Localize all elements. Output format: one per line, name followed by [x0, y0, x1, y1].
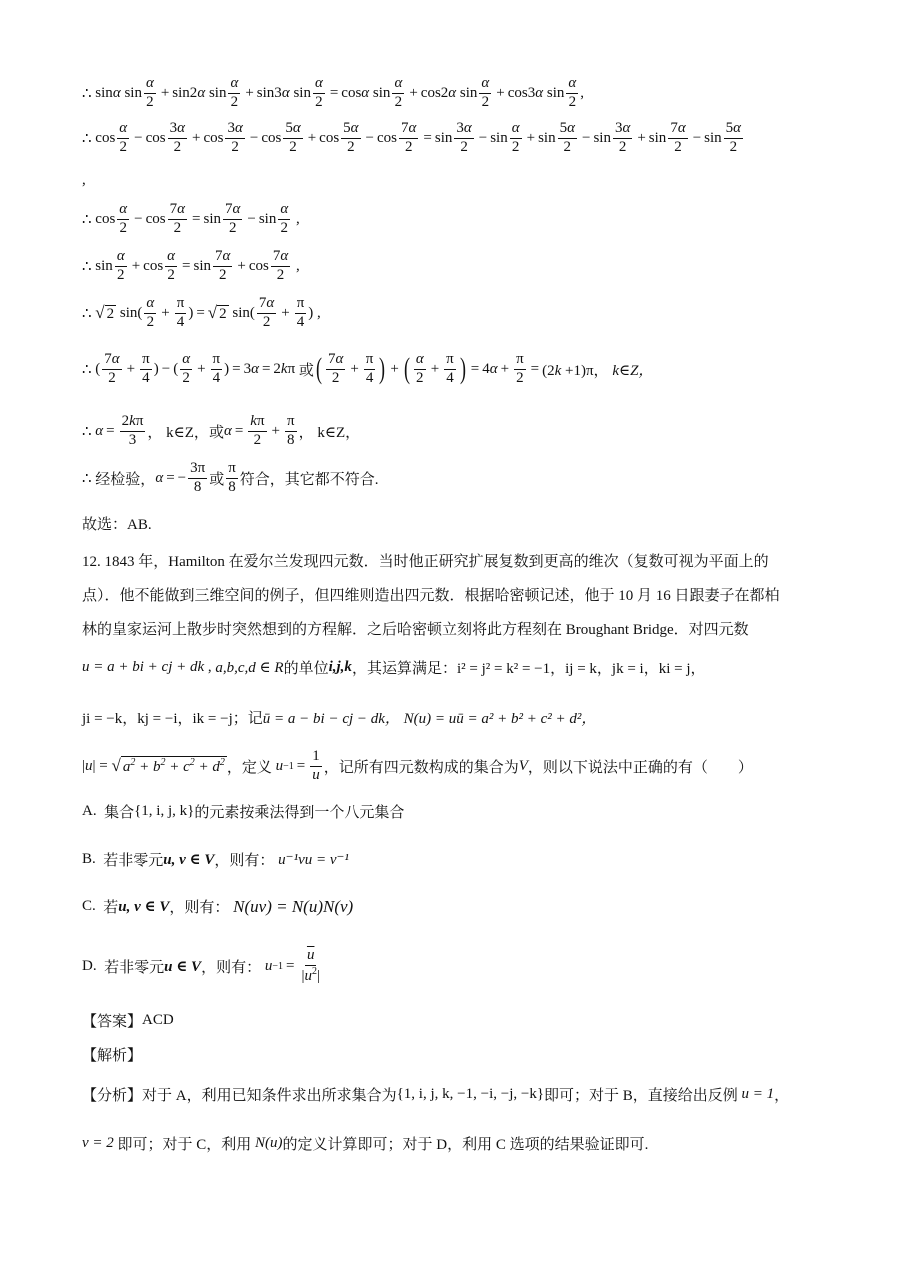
solution-line-4: ∴ sinα2+ cosα2= sin7α2+ cos7α2 ,: [82, 249, 300, 284]
option-text: 若非零元: [104, 956, 164, 977]
solution-line-3: ∴ cosα2− cos7α2= sin7α2− sinα2 ,: [82, 202, 300, 237]
q12-intro-text: 点）．他不能做到三维空间的例子，但四维则造出四元数．根据哈密顿记述，他于 10 …: [82, 584, 780, 605]
therefore-symbol: ∴: [82, 422, 92, 441]
breakdown-label: 【分析】: [82, 1084, 142, 1105]
solution-line-2: ∴ cosα2− cos3α2+ cos3α2− cos5α2+ cos5α2−…: [82, 121, 745, 156]
q12-definition-line-2: ji = −k，kj = −i，ik = −j； 记 ū = a − bi − …: [82, 707, 596, 728]
q12-definition-line-3: |u| = √a2 + b2 + c2 + d2 ，定义 u−1= 1u ，记所…: [82, 749, 753, 784]
solution-line-8: ∴ 经检验， α=− 3π8 或 π8 符合，其它都不符合.: [82, 461, 379, 496]
rules-label: ，其运算满足：: [352, 657, 457, 678]
option-b: B. 若非零元 u, v ∈ V ，则有： u⁻¹vu = v⁻¹: [82, 849, 349, 870]
counterexample-v: v = 2: [82, 1135, 114, 1152]
or-word: 或: [209, 468, 224, 489]
k-in-z: k∈Z，: [317, 421, 360, 442]
norm-function: N(u): [255, 1135, 283, 1152]
breakdown-text: 对于 A，利用已知条件求出所求集合为: [142, 1084, 397, 1105]
option-result: N(uv) = N(u)N(v): [233, 897, 353, 917]
breakdown-text: 即可；对于 C，利用: [118, 1133, 252, 1154]
therefore-symbol: ∴: [82, 257, 92, 276]
conjugate-label: 记: [248, 707, 263, 728]
option-expression: u, v ∈ V: [163, 850, 214, 869]
unit-symbols: i,j,k: [329, 659, 352, 676]
answer-value: ACD: [142, 1012, 174, 1029]
therefore-symbol: ∴: [82, 304, 92, 323]
or-word: 或: [209, 421, 224, 442]
option-d: D. 若非零元 u ∈ V ，则有： u−1= u|u2|: [82, 948, 324, 985]
option-label: C.: [82, 898, 96, 915]
multiplication-rules-2: ji = −k，kj = −i，ik = −j；: [82, 707, 248, 728]
inverse-label: ，定义: [227, 756, 272, 777]
therefore-symbol: ∴: [82, 360, 92, 379]
option-label: B.: [82, 851, 96, 868]
q12-intro-text: 林的皇家运河上散步时突然想到的方程解．之后哈密顿立刻将此方程刻在 Brougha…: [82, 618, 749, 639]
answer-label: 【答案】: [82, 1010, 142, 1031]
solution-line-5: ∴ √2 sin( α2+ π4)= √2 sin( 7α2+ π4) ,: [82, 296, 321, 331]
k-in-z: k∈Z，: [612, 359, 653, 380]
solution-line-7: ∴ α= 2kπ3， k∈Z， 或 α= kπ2+ π8， k∈Z，: [82, 414, 360, 449]
q12-intro-line-1: 12. 1843 年，Hamilton 在爱尔兰发现四元数．当时他正研究扩展复数…: [82, 550, 769, 571]
breakdown-set: {1, i, j, k, −1, −i, −j, −k}: [397, 1086, 544, 1103]
option-c: C. 若 u, v ∈ V ，则有： N(uv) = N(u)N(v): [82, 896, 353, 917]
breakdown-line-1: 【分析】 对于 A，利用已知条件求出所求集合为 {1, i, j, k, −1,…: [82, 1084, 789, 1105]
option-text: 若: [103, 896, 118, 917]
check-text: 经检验，: [95, 468, 155, 489]
counterexample-u: u = 1: [742, 1086, 775, 1103]
analysis-label: 【解析】: [82, 1044, 142, 1065]
solution-line-1: ∴ sinα sinα2 +sin2α sinα2 +sin3α sinα2 =…: [82, 76, 584, 111]
breakdown-text: 即可；对于 B，直接给出反例: [544, 1084, 738, 1105]
answer-line: 【答案】 ACD: [82, 1010, 174, 1031]
therefore-symbol: ∴: [82, 469, 92, 488]
option-a: A. 集合 {1, i, j, k} 的元素按乘法得到一个八元集合: [82, 801, 404, 822]
coefficients-real: a,b,c,d ∈ R: [215, 658, 283, 677]
norm-definition: N(u) = uū = a² + b² + c² + d²，: [404, 707, 597, 728]
option-text: ，则有：: [169, 896, 229, 917]
option-label: A.: [82, 803, 97, 820]
unit-text: 的单位: [284, 657, 329, 678]
option-result: u⁻¹vu = v⁻¹: [278, 850, 349, 869]
or-word: 或: [299, 359, 314, 380]
question-prompt: ，则以下说法中正确的有（ ）: [528, 756, 753, 777]
therefore-symbol: ∴: [82, 129, 92, 148]
option-text: 集合: [104, 801, 134, 822]
conclusion-text: 符合，其它都不符合.: [240, 468, 379, 489]
q12-intro-text: 12. 1843 年，Hamilton 在爱尔兰发现四元数．当时他正研究扩展复数…: [82, 550, 769, 571]
solution-line-2-comma: ,: [82, 172, 86, 189]
option-expression: u, v ∈ V: [118, 897, 169, 916]
option-text: ，则有：: [214, 849, 274, 870]
therefore-symbol: ∴: [82, 84, 92, 103]
breakdown-line-2: v = 2 即可；对于 C，利用 N(u) 的定义计算即可；对于 D，利用 C …: [82, 1133, 648, 1154]
option-text: 的元素按乘法得到一个八元集合: [194, 801, 404, 822]
option-expression: {1, i, j, k}: [134, 803, 194, 820]
set-text: ，记所有四元数构成的集合为: [324, 756, 519, 777]
q12-intro-line-3: 林的皇家运河上散步时突然想到的方程解．之后哈密顿立刻将此方程刻在 Brougha…: [82, 618, 749, 639]
choice-text: 故选：AB.: [82, 513, 152, 534]
comma: ,: [82, 172, 86, 189]
q12-intro-line-2: 点）．他不能做到三维空间的例子，但四维则造出四元数．根据哈密顿记述，他于 10 …: [82, 584, 780, 605]
therefore-symbol: ∴: [82, 210, 92, 229]
solution-line-6: ∴ (7α2+ π4)− (α2+ π4)= 3α=2kπ 或 (7α2+ π4…: [82, 352, 653, 387]
option-text: 若非零元: [103, 849, 163, 870]
solution-choice: 故选：AB.: [82, 513, 152, 534]
k-in-z: k∈Z，: [166, 421, 209, 442]
option-text: ，则有：: [201, 956, 261, 977]
set-symbol: V: [519, 758, 528, 775]
option-label: D.: [82, 958, 97, 975]
conjugate-definition: ū = a − bi − cj − dk，: [263, 707, 400, 728]
multiplication-rules: i² = j² = k² = −1，ij = k，jk = i，ki = j，: [457, 657, 706, 678]
breakdown-text: 的定义计算即可；对于 D，利用 C 选项的结果验证即可.: [283, 1133, 649, 1154]
comma: ，: [774, 1084, 789, 1105]
analysis-heading: 【解析】: [82, 1044, 142, 1065]
option-expression: u ∈ V: [164, 957, 201, 976]
quaternion-definition: u = a + bi + cj + dk: [82, 659, 204, 676]
q12-definition-line-1: u = a + bi + cj + dk , a,b,c,d ∈ R 的单位 i…: [82, 657, 706, 678]
